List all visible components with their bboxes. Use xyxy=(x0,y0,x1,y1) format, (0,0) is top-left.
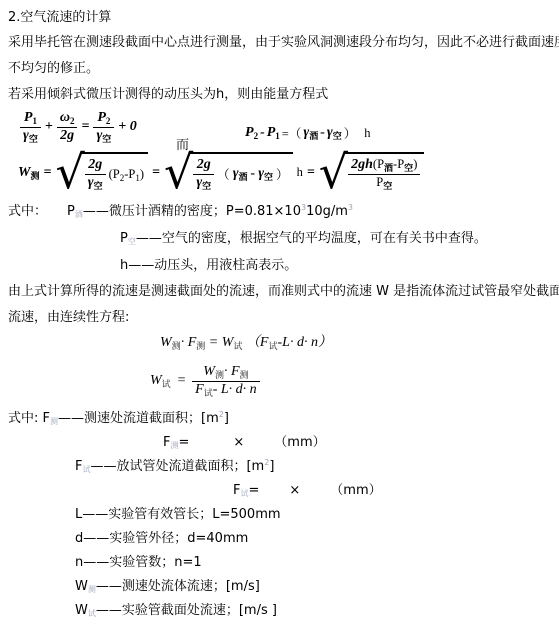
minus-sign: - xyxy=(260,125,265,141)
where2-diameter-line: d——实验管外径；d=40mm xyxy=(8,527,551,551)
paragraph-1-line-1: 采用毕托管在测速段截面中心点进行测量，由于实验风洞测速段分布均匀，因此不必进行截… xyxy=(8,30,551,56)
where2-w-measure-line: W测——测速处流体流速；[m/s] xyxy=(8,575,551,599)
continuity-equation-1: W测· F测 = W试 （F试-L· d· n） xyxy=(160,331,551,355)
where1-air-density-line: P空——空气的密度，根据空气的平均温度，可在有关书中查得。 xyxy=(8,225,551,252)
fraction-p1-gamma: P1 γ空 xyxy=(20,110,41,145)
sqrt-radical-1: √ 2g γ空 (P2-P1) xyxy=(55,152,148,194)
equation-zone: P1 γ空 + ω2 2g = P2 γ空 + 0 而 P2 - P1 =（ γ… xyxy=(8,110,551,198)
document-page: 2.空气流速的计算 采用毕托管在测速段截面中心点进行测量，由于实验风洞测速段分布… xyxy=(0,0,559,628)
where1-alcohol-density-line: 式中：P酒——微压计酒精的密度；P=0.81×10310g/m3 xyxy=(8,198,551,225)
paragraph-3-line-2: 流速，由连续性方程: xyxy=(8,305,551,331)
equals-sign: = xyxy=(81,119,89,135)
where2-tube-count-line: n——实验管数；n=1 xyxy=(8,551,551,575)
where2-f-measure-value-line: F测=×（mm） xyxy=(8,431,551,455)
paragraph-1-line-2: 不均匀的修正。 xyxy=(8,56,551,82)
where1-dynamic-head-line: h——动压头，用液柱高表示。 xyxy=(8,252,551,279)
fraction-wf-over-f: W测· F测 F试- L· d· n xyxy=(192,364,260,399)
where2-f-test-line: F试——放试管处流道截面积；[m2] xyxy=(8,455,551,479)
fraction-omega-2g: ω2 2g xyxy=(57,110,78,145)
where2-w-test-line: W试——实验管截面处流速；[m/s ] xyxy=(8,599,551,623)
velocity-equation: W测 = √ 2g γ空 (P2-P1) = √ 2g γ空 xyxy=(18,152,424,194)
sqrt-radical-2: √ 2g γ空 （ γ酒 - γ空 ） xyxy=(164,152,293,194)
plus-zero: + 0 xyxy=(118,119,136,135)
paragraph-3-line-1: 由上式计算所得的流速是测速截面处的流速，而准则式中的流速 W 是指流体流过试管最… xyxy=(8,279,551,305)
plus-sign: + xyxy=(45,119,53,135)
continuity-equation-2: W试 = W测· F测 F试- L· d· n xyxy=(150,355,260,407)
where2-f-test-value-line: F试=×（mm） xyxy=(8,479,551,503)
section-title: 2.空气流速的计算 xyxy=(8,6,551,30)
sqrt-radical-3: √ 2gh(P酒-P空) P空 xyxy=(319,152,425,194)
pressure-difference-equation: P2 - P1 =（ γ酒 - γ空 ） h xyxy=(245,124,370,142)
paragraph-2: 若采用倾斜式微压计测得的动压头为h，则由能量方程式 xyxy=(8,82,551,108)
fraction-p2-gamma: P2 γ空 xyxy=(93,110,114,145)
energy-equation: P1 γ空 + ω2 2g = P2 γ空 + 0 xyxy=(20,110,137,145)
where2-length-line: L——实验管有效管长；L=500mm xyxy=(8,503,551,527)
where2-f-measure-line: 式中: F测——测速处流道截面积；[m2] xyxy=(8,407,551,431)
